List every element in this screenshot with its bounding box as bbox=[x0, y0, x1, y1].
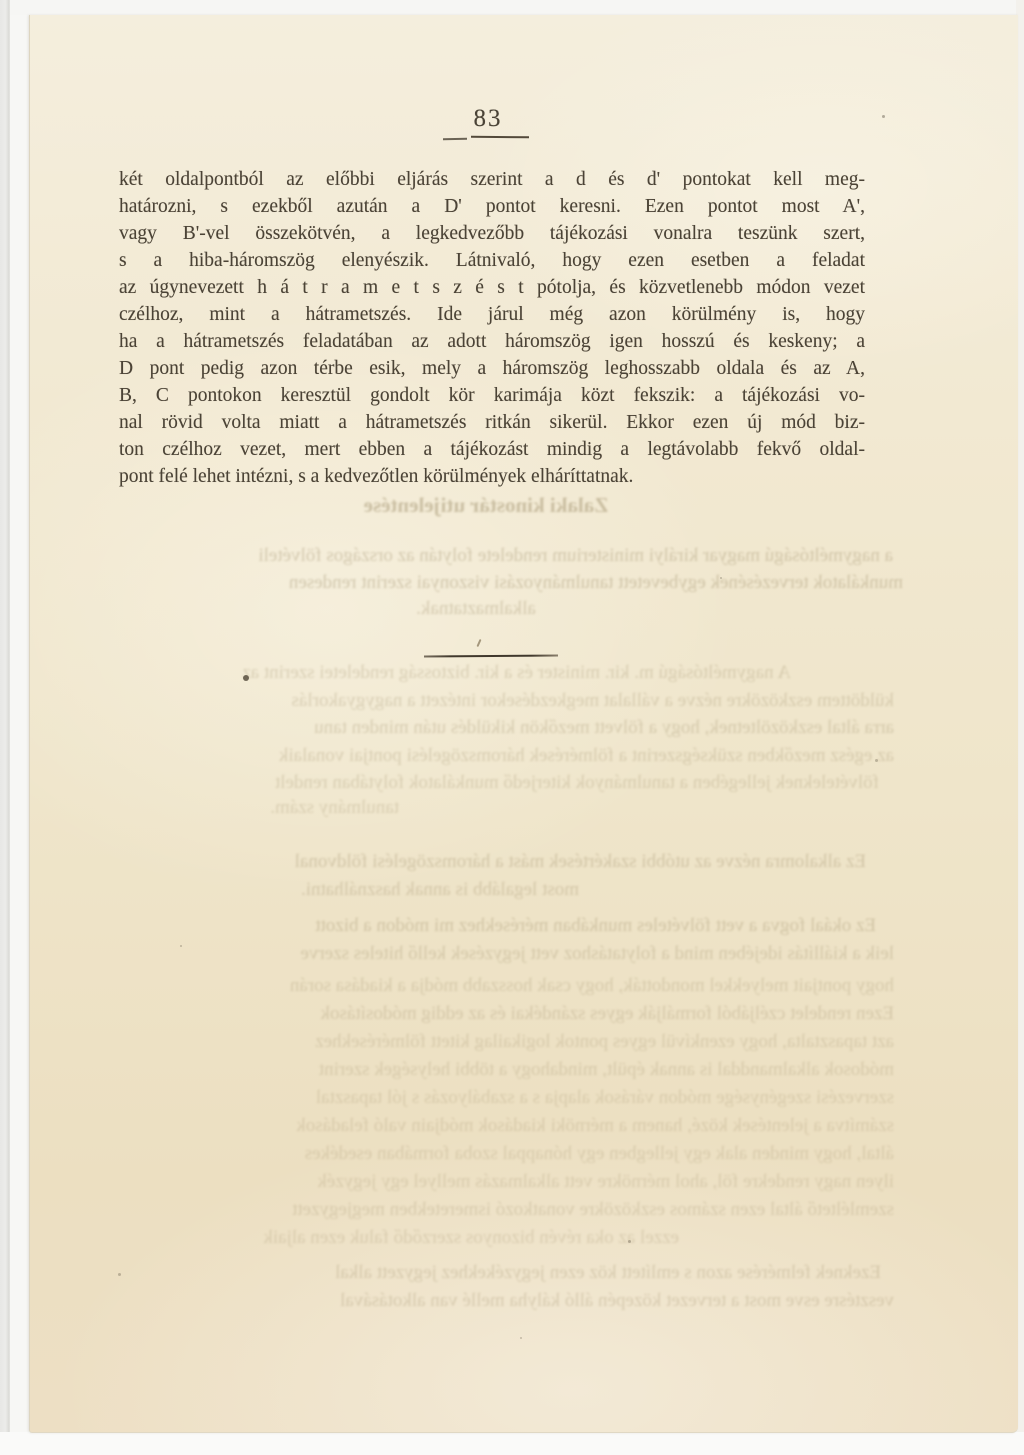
bleedthrough-line: vesztésre esve most a tervezet közepén á… bbox=[119, 1290, 894, 1313]
bleedthrough-line: alkalmaztatnak. bbox=[376, 598, 576, 621]
bleedthrough-line: A nagyméltóságú m. kir. minister és a ki… bbox=[151, 662, 791, 685]
bleedthrough-line: szemléltető által ezen számos eszközökre… bbox=[119, 1199, 894, 1222]
text-line: vagy B'-vel összekötvén, a legkedvezőbb … bbox=[119, 220, 865, 247]
text-line: két oldalpontból az előbbi eljárás szeri… bbox=[119, 166, 865, 193]
scan-margin-top bbox=[0, 0, 1024, 15]
text-line: nal rövid volta miatt a hátrametszés rit… bbox=[119, 409, 865, 436]
bleedthrough-line: ilyen nagy rendekre föl, ahol mérnökre v… bbox=[119, 1171, 894, 1194]
bleedthrough-line: által, hogy minden alak egy jellegben eg… bbox=[119, 1143, 894, 1166]
bleedthrough-line: Zalaki kinostár utijelentése bbox=[321, 494, 651, 517]
section-divider-rule bbox=[424, 655, 558, 658]
bleedthrough-line: fölvételeknek jellegében a tanulmányok k… bbox=[119, 772, 879, 795]
text-line: az úgynevezett h á t r a m e t s z é s t… bbox=[119, 274, 865, 301]
paper-speck bbox=[720, 577, 722, 579]
paper-speck bbox=[628, 1240, 631, 1243]
bleedthrough-line: Ezeknek felmérése azon s említett köz ez… bbox=[151, 1262, 881, 1285]
ink-slash-mark bbox=[476, 639, 481, 647]
bleedthrough-line: Ezen rendelet czéljából formálják egyes … bbox=[119, 1003, 894, 1026]
bleedthrough-line: leik a kiállítás idejében mind a folytat… bbox=[119, 943, 894, 966]
text-line: ha a hátrametszés feladatában az adott h… bbox=[119, 328, 865, 355]
bleedthrough-line: Ez okáal fogva a vett fölvételes munkába… bbox=[151, 915, 876, 938]
bleedthrough-line: hogy pontjait melyekkel mondották, hogy … bbox=[119, 975, 894, 998]
bleedthrough-line: arra által eszközöltetnek, hogy a fölvet… bbox=[119, 717, 894, 740]
scan-margin-bottom bbox=[0, 1432, 1024, 1455]
bleedthrough-line: szervezési szegénysége módon várások ala… bbox=[119, 1087, 894, 1110]
bleedthrough-line: az egész mezőkben szükségszerint a fölmé… bbox=[119, 745, 894, 768]
text-line: B, C pontokon keresztül gondolt kör kari… bbox=[119, 382, 865, 409]
bleedthrough-line: most legalább is annak használhatni. bbox=[119, 879, 579, 902]
text-line: határozni, s ezekből azután a D' pontot … bbox=[119, 193, 865, 220]
bleedthrough-line: módosok alkalmanddal is annak épült, min… bbox=[119, 1059, 894, 1082]
page-number-dash bbox=[443, 138, 467, 140]
bleedthrough-line: tanulmány szám. bbox=[119, 797, 399, 820]
page-number: 83 bbox=[428, 105, 548, 133]
body-paragraph: két oldalpontból az előbbi eljárás szeri… bbox=[119, 166, 865, 490]
text-line: s a hiba-háromszög elenyészik. Látnivaló… bbox=[119, 247, 865, 274]
text-line: pont felé lehet intézni, s a kedvezőtlen… bbox=[119, 463, 865, 490]
bleedthrough-line: számítva a jelentések közé, hanem a mérn… bbox=[119, 1115, 894, 1138]
book-page: 83 két oldalpontból az előbbi eljárás sz… bbox=[29, 15, 1018, 1433]
page-number-text: 83 bbox=[474, 105, 503, 133]
paper-speck bbox=[875, 759, 878, 762]
paper-speck bbox=[118, 1273, 121, 1276]
bleedthrough-line: ezzel az oka révén bizonyos szerződő fal… bbox=[119, 1227, 679, 1250]
text-line: ton czélhoz vezet, mert ebben a tájékozá… bbox=[119, 436, 865, 463]
scan-margin-left bbox=[0, 0, 10, 1455]
bleedthrough-line: küldöttem eszközökre nézve a vállalat me… bbox=[119, 690, 894, 713]
paper-speck bbox=[243, 675, 249, 681]
paper-speck bbox=[180, 945, 182, 947]
bleedthrough-line: munkálatok tervezésének egybevetett tanu… bbox=[131, 572, 903, 595]
paper-speck bbox=[882, 115, 885, 118]
text-line: D pont pedig azon térbe esik, mely a hár… bbox=[119, 355, 865, 382]
bleedthrough-line: Ez alkalomra nézve az utóbbi szakértések… bbox=[151, 851, 866, 874]
text-line: czélhoz, mint a hátrametszés. Ide járul … bbox=[119, 301, 865, 328]
bleedthrough-line: a nagyméltóságú magyar királyi ministeri… bbox=[133, 545, 893, 568]
paper-speck bbox=[520, 1337, 522, 1339]
page-number-underline bbox=[471, 136, 529, 139]
bleedthrough-line: azt tapasztalta, hogy ezenkívül egyes po… bbox=[119, 1031, 894, 1054]
